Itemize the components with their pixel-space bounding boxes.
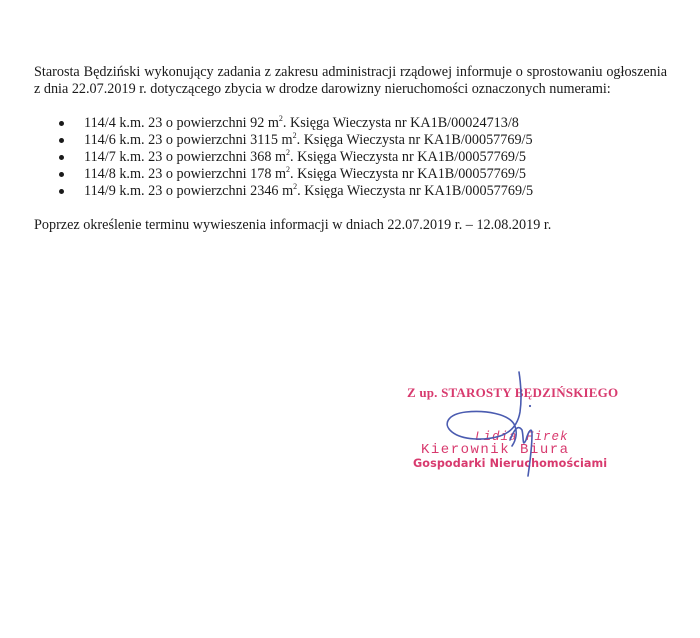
posting-period-note: Poprzez określenie terminu wywieszenia i… bbox=[34, 217, 667, 234]
stamp-position: Kierownik Biura bbox=[421, 442, 570, 458]
list-item: 114/7 k.m. 23 o powierzchni 368 m2. Księ… bbox=[34, 149, 667, 166]
bullet-icon bbox=[59, 172, 64, 177]
parcel-text: 114/6 k.m. 23 o powierzchni 3115 m bbox=[84, 132, 293, 148]
parcel-list: 114/4 k.m. 23 o powierzchni 92 m2. Księg… bbox=[34, 115, 667, 200]
list-item: 114/6 k.m. 23 o powierzchni 3115 m2. Ksi… bbox=[34, 132, 667, 149]
stamp-authority: Z up. STAROSTY BĘDZIŃSKIEGO bbox=[407, 385, 618, 401]
bullet-icon bbox=[59, 189, 64, 194]
list-item: 114/9 k.m. 23 o powierzchni 2346 m2. Ksi… bbox=[34, 183, 667, 200]
land-register-text: . Księga Wieczysta nr KA1B/00057769/5 bbox=[290, 166, 526, 182]
parcel-text: 114/9 k.m. 23 o powierzchni 2346 m bbox=[84, 183, 293, 199]
bullet-icon bbox=[59, 138, 64, 143]
intro-paragraph: Starosta Będziński wykonujący zadania z … bbox=[34, 64, 667, 98]
bullet-icon bbox=[59, 121, 64, 126]
list-item: 114/4 k.m. 23 o powierzchni 92 m2. Księg… bbox=[34, 115, 667, 132]
land-register-text: . Księga Wieczysta nr KA1B/00057769/5 bbox=[290, 149, 526, 165]
parcel-text: 114/7 k.m. 23 o powierzchni 368 m bbox=[84, 149, 286, 165]
list-item: 114/8 k.m. 23 o powierzchni 178 m2. Księ… bbox=[34, 166, 667, 183]
bullet-icon bbox=[59, 155, 64, 160]
land-register-text: . Księga Wieczysta nr KA1B/00057769/5 bbox=[297, 132, 533, 148]
announcement-document: Starosta Będziński wykonujący zadania z … bbox=[34, 64, 667, 234]
land-register-text: . Księga Wieczysta nr KA1B/00024713/8 bbox=[283, 115, 519, 131]
stamp-signatory-name: Lidia Firek bbox=[475, 430, 569, 444]
parcel-text: 114/4 k.m. 23 o powierzchni 92 m bbox=[84, 115, 279, 131]
stamp-department: Gospodarki Nieruchomościami bbox=[413, 457, 607, 470]
land-register-text: . Księga Wieczysta nr KA1B/00057769/5 bbox=[297, 183, 533, 199]
parcel-text: 114/8 k.m. 23 o powierzchni 178 m bbox=[84, 166, 286, 182]
